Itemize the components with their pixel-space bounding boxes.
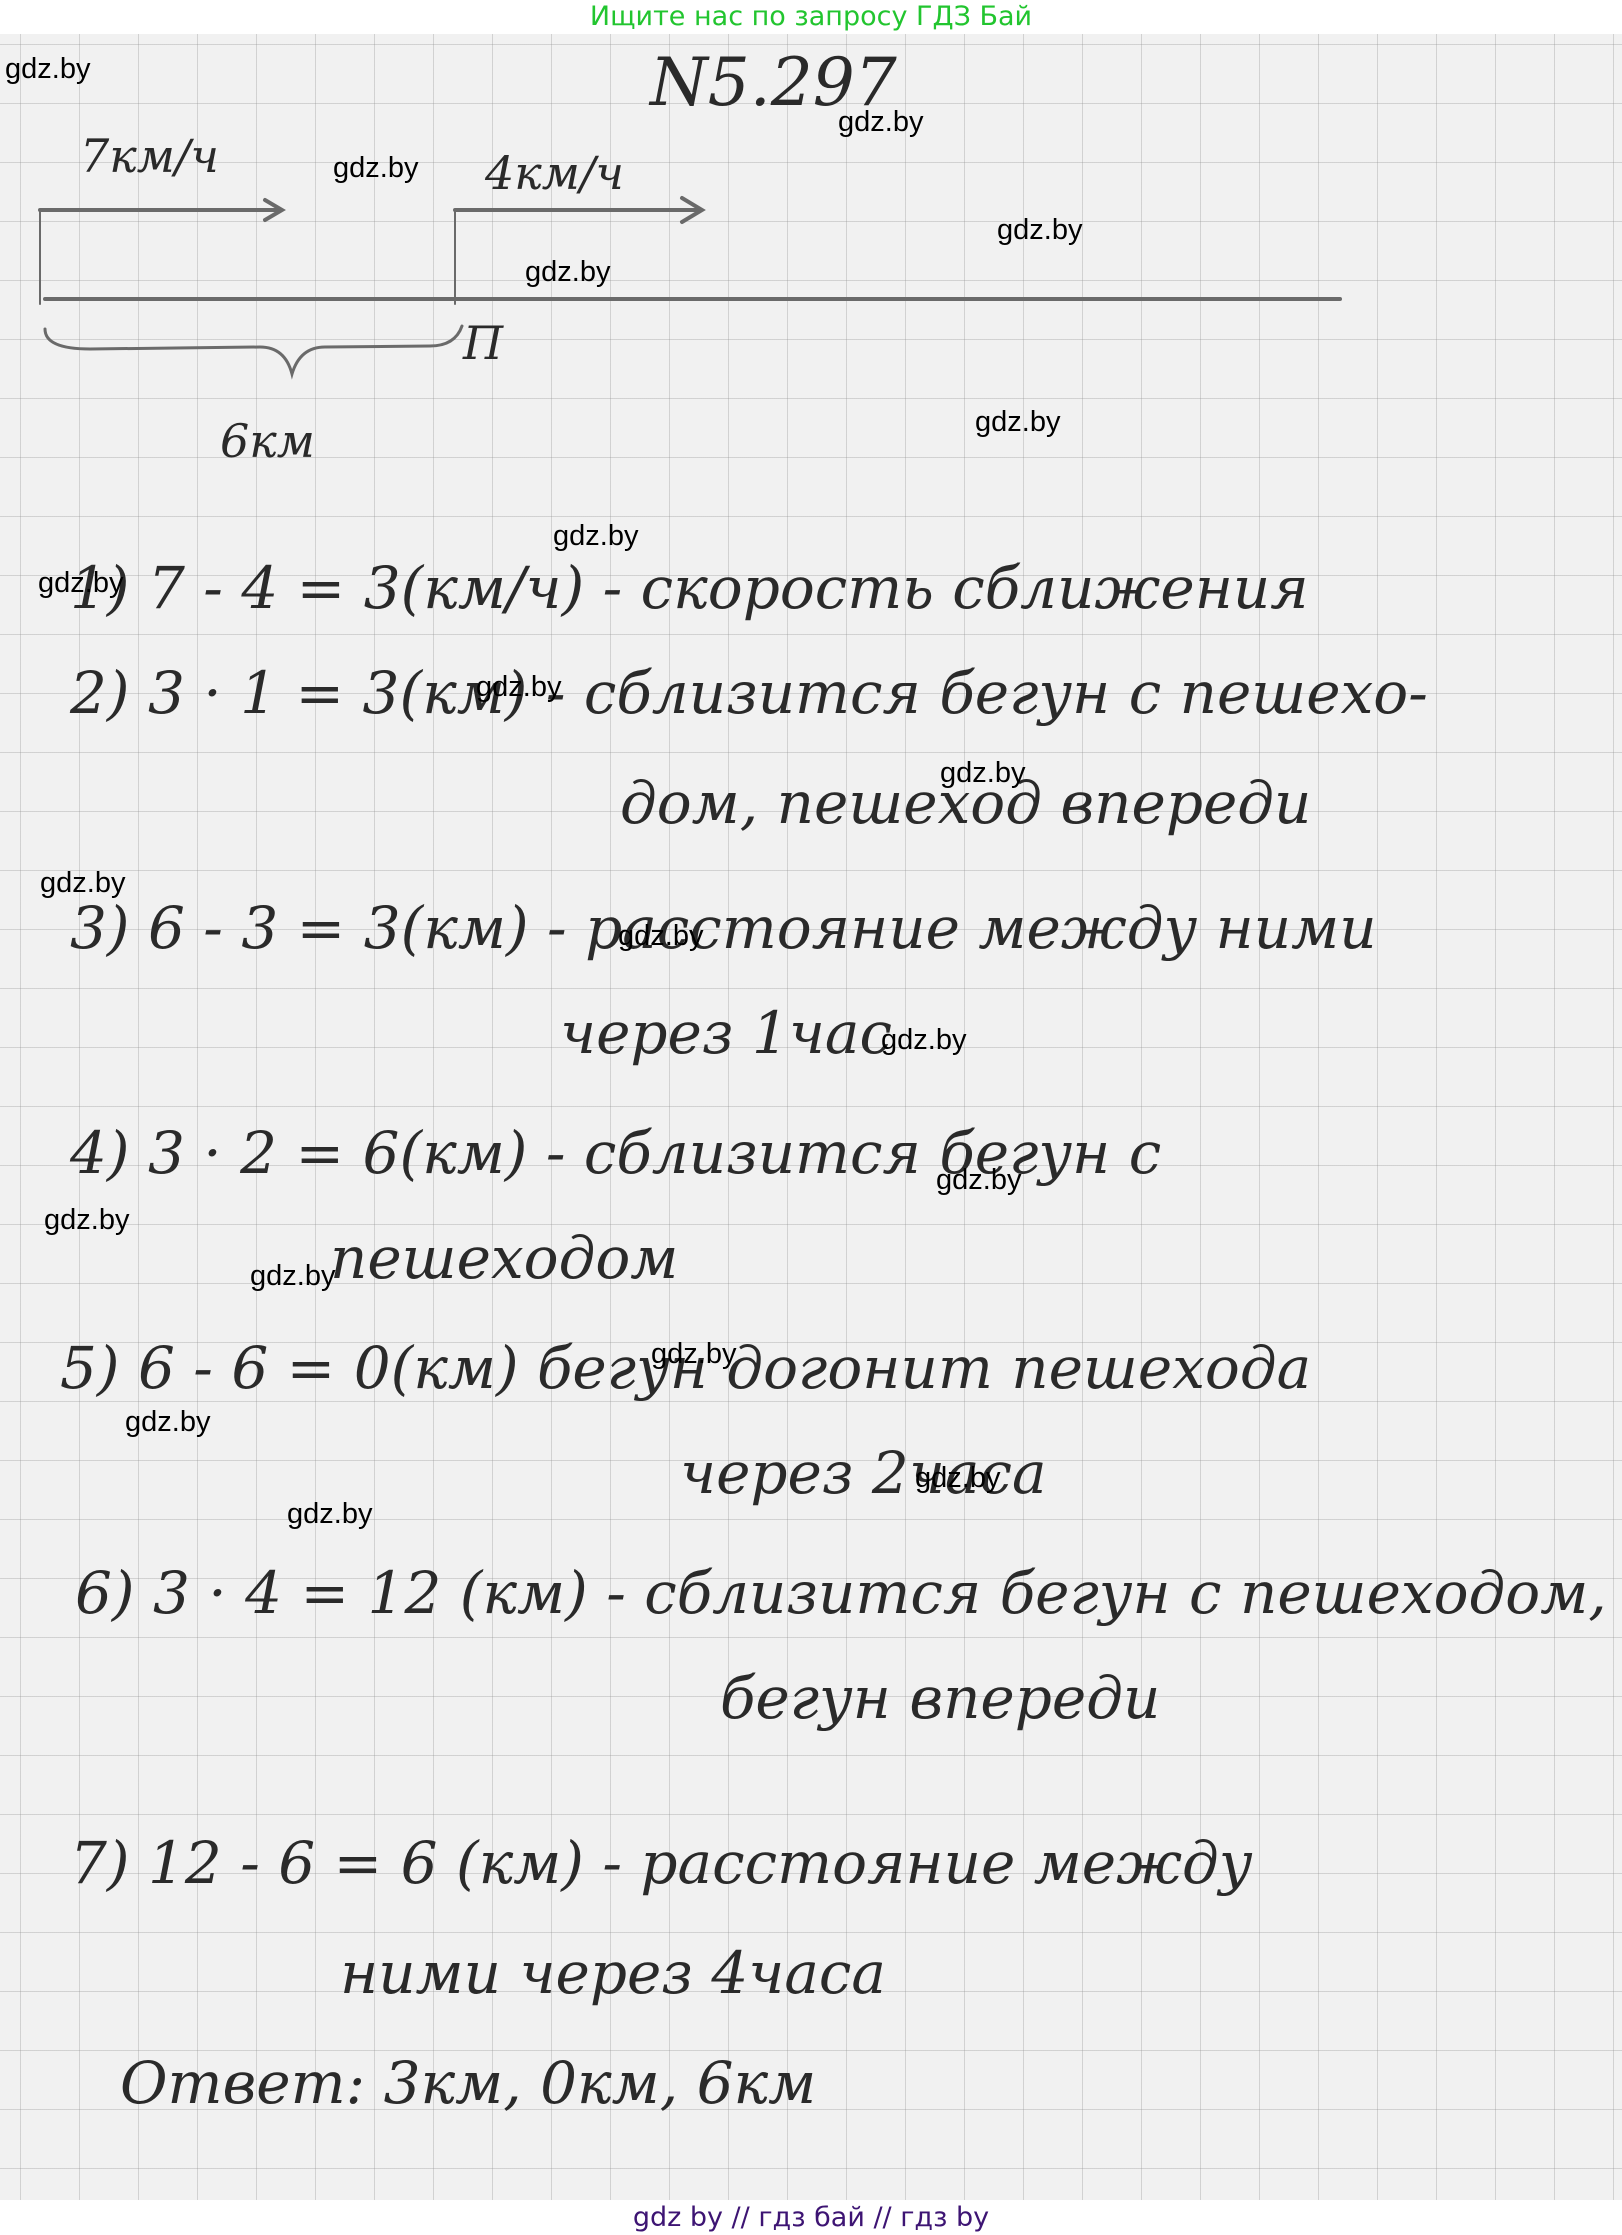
footer-text: gdz by // гдз бай // гдз by (633, 2202, 989, 2233)
watermark: gdz.by (915, 1462, 1000, 1495)
step-4-cont: пешеходом (330, 1224, 678, 1292)
step-6: 6) 3 · 4 = 12 (км) - сблизится бегун с п… (75, 1559, 1607, 1627)
notebook-page: N5.297 7км/ч 4км/ч П 6км 1) 7 - 4 = 3(км… (0, 34, 1622, 2200)
watermark: gdz.by (40, 867, 125, 900)
watermark: gdz.by (250, 1260, 335, 1293)
watermark: gdz.by (936, 1164, 1021, 1197)
watermark: gdz.by (881, 1024, 966, 1057)
step-6-cont: бегун впереди (720, 1664, 1160, 1732)
step-3: 3) 6 - 3 = 3(км) - расстояние между ними (70, 894, 1377, 962)
watermark: gdz.by (651, 1338, 736, 1371)
header-text: Ищите нас по запросу ГДЗ Бай (590, 1, 1032, 32)
watermark: gdz.by (476, 671, 561, 704)
watermark: gdz.by (125, 1406, 210, 1439)
footer-banner: gdz by // гдз бай // гдз by (0, 2200, 1622, 2235)
watermark: gdz.by (975, 406, 1060, 439)
answer: Ответ: 3км, 0км, 6км (120, 2049, 816, 2117)
step-7: 7) 12 - 6 = 6 (км) - расстояние между (70, 1829, 1252, 1897)
step-7-cont: ними через 4часа (340, 1939, 886, 2007)
watermark: gdz.by (333, 152, 418, 185)
watermark: gdz.by (287, 1498, 372, 1531)
watermark: gdz.by (553, 520, 638, 553)
watermark: gdz.by (5, 53, 90, 86)
runner-speed-label: 7км/ч (80, 129, 219, 183)
step-1: 1) 7 - 4 = 3(км/ч) - скорость сближения (70, 554, 1309, 622)
point-label: П (463, 316, 503, 370)
watermark: gdz.by (525, 256, 610, 289)
pedestrian-speed-label: 4км/ч (485, 146, 624, 200)
header-banner: Ищите нас по запросу ГДЗ Бай (0, 0, 1622, 34)
watermark: gdz.by (38, 567, 123, 600)
watermark: gdz.by (838, 106, 923, 139)
distance-label: 6км (220, 414, 315, 468)
watermark: gdz.by (940, 757, 1025, 790)
watermark: gdz.by (44, 1204, 129, 1237)
step-2: 2) 3 · 1 = 3(км) - сблизится бегун с пеш… (70, 659, 1428, 727)
step-3-cont: через 1час (560, 999, 892, 1067)
watermark: gdz.by (618, 920, 703, 953)
watermark: gdz.by (997, 214, 1082, 247)
